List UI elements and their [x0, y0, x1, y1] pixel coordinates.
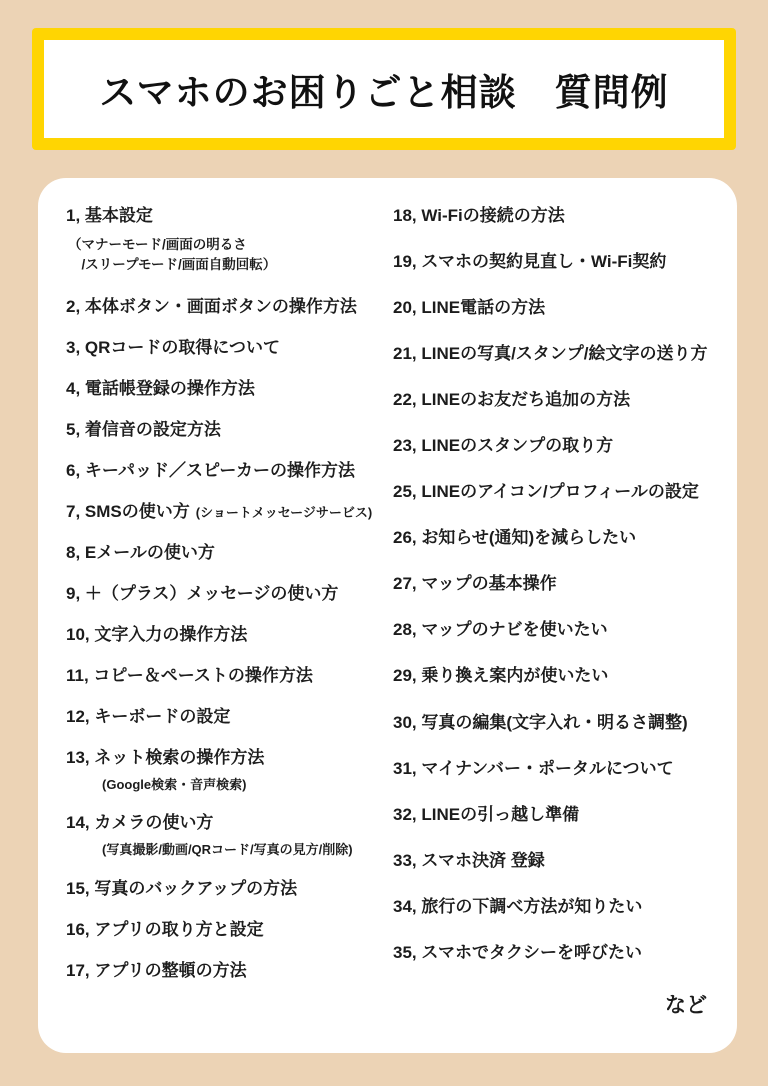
- item-suffix: (ショートメッセージサービス): [196, 505, 373, 520]
- list-item: 8, Eメールの使い方: [66, 543, 393, 563]
- list-item: 18, Wi-Fiの接続の方法: [393, 206, 711, 226]
- title-inner-frame: スマホのお困りごと相談 質問例: [44, 40, 724, 138]
- item-label: 19, スマホの契約見直し・Wi-Fi契約: [393, 252, 666, 271]
- item-label: 28, マップのナビを使いたい: [393, 620, 608, 639]
- list-item: 21, LINEの写真/スタンプ/絵文字の送り方: [393, 344, 711, 364]
- column-right: 18, Wi-Fiの接続の方法 19, スマホの契約見直し・Wi-Fi契約 20…: [393, 206, 711, 1039]
- item-subtext: (写真撮影/動画/QRコード/写真の見方/削除): [102, 842, 393, 857]
- item-subtext-line: /スリープモード/画面自動回転）: [68, 255, 393, 275]
- list-item: 20, LINE電話の方法: [393, 298, 711, 318]
- item-label: 12, キーボードの設定: [66, 707, 230, 726]
- item-label: 15, 写真のバックアップの方法: [66, 879, 297, 898]
- item-label: 29, 乗り換え案内が使いたい: [393, 666, 608, 685]
- list-item: 17, アプリの整頓の方法: [66, 961, 393, 981]
- list-item: 27, マップの基本操作: [393, 574, 711, 594]
- two-column-layout: 1, 基本設定 （マナーモード/画面の明るさ /スリープモード/画面自動回転） …: [66, 206, 711, 1039]
- content-panel: 1, 基本設定 （マナーモード/画面の明るさ /スリープモード/画面自動回転） …: [38, 178, 737, 1053]
- item-subtext: （マナーモード/画面の明るさ /スリープモード/画面自動回転）: [68, 235, 393, 276]
- list-item: 32, LINEの引っ越し準備: [393, 805, 711, 825]
- list-item: 25, LINEのアイコン/プロフィールの設定: [393, 482, 711, 502]
- list-item: 33, スマホ決済 登録: [393, 851, 711, 871]
- list-item: 5, 着信音の設定方法: [66, 420, 393, 440]
- column-left: 1, 基本設定 （マナーモード/画面の明るさ /スリープモード/画面自動回転） …: [66, 206, 393, 1039]
- etc-label: など: [393, 989, 711, 1019]
- item-label: 5, 着信音の設定方法: [66, 420, 221, 439]
- item-label: 22, LINEのお友だち追加の方法: [393, 390, 630, 409]
- item-label: 21, LINEの写真/スタンプ/絵文字の送り方: [393, 344, 708, 363]
- list-item: 31, マイナンバー・ポータルについて: [393, 759, 711, 779]
- item-label: 17, アプリの整頓の方法: [66, 961, 247, 980]
- list-item: 13, ネット検索の操作方法 (Google検索・音声検索): [66, 748, 393, 792]
- item-label: 23, LINEのスタンプの取り方: [393, 436, 613, 455]
- list-item: 3, QRコードの取得について: [66, 338, 393, 358]
- item-label: 13, ネット検索の操作方法: [66, 748, 264, 767]
- item-label: 33, スマホ決済 登録: [393, 851, 545, 870]
- list-item: 19, スマホの契約見直し・Wi-Fi契約: [393, 252, 711, 272]
- list-item: 23, LINEのスタンプの取り方: [393, 436, 711, 456]
- item-label: 7, SMSの使い方: [66, 502, 190, 521]
- item-label: 2, 本体ボタン・画面ボタンの操作方法: [66, 297, 357, 316]
- item-label: 14, カメラの使い方: [66, 813, 213, 832]
- item-label: 11, コピー＆ペーストの操作方法: [66, 666, 313, 685]
- item-label: 10, 文字入力の操作方法: [66, 625, 247, 644]
- title-box: スマホのお困りごと相談 質問例: [32, 28, 736, 150]
- item-label: 1, 基本設定: [66, 206, 153, 225]
- item-label: 3, QRコードの取得について: [66, 338, 280, 357]
- item-label: 35, スマホでタクシーを呼びたい: [393, 943, 642, 962]
- item-label: 4, 電話帳登録の操作方法: [66, 379, 255, 398]
- list-item: 10, 文字入力の操作方法: [66, 625, 393, 645]
- item-label: 32, LINEの引っ越し準備: [393, 805, 579, 824]
- list-item: 6, キーパッド／スピーカーの操作方法: [66, 461, 393, 481]
- list-item: 7, SMSの使い方(ショートメッセージサービス): [66, 502, 393, 522]
- item-label: 30, 写真の編集(文字入れ・明るさ調整): [393, 713, 688, 732]
- list-item: 2, 本体ボタン・画面ボタンの操作方法: [66, 297, 393, 317]
- list-item: 1, 基本設定 （マナーモード/画面の明るさ /スリープモード/画面自動回転）: [66, 206, 393, 276]
- list-item: 29, 乗り換え案内が使いたい: [393, 666, 711, 686]
- list-item: 14, カメラの使い方 (写真撮影/動画/QRコード/写真の見方/削除): [66, 813, 393, 857]
- list-item: 26, お知らせ(通知)を減らしたい: [393, 528, 711, 548]
- list-item: 16, アプリの取り方と設定: [66, 920, 393, 940]
- list-item: 30, 写真の編集(文字入れ・明るさ調整): [393, 713, 711, 733]
- list-item: 28, マップのナビを使いたい: [393, 620, 711, 640]
- item-label: 31, マイナンバー・ポータルについて: [393, 759, 674, 778]
- list-item: 34, 旅行の下調べ方法が知りたい: [393, 897, 711, 917]
- item-subtext-line: （マナーモード/画面の明るさ: [68, 235, 393, 255]
- list-item: 22, LINEのお友だち追加の方法: [393, 390, 711, 410]
- item-label: 16, アプリの取り方と設定: [66, 920, 264, 939]
- list-item: 9, ＋（プラス）メッセージの使い方: [66, 584, 393, 604]
- item-subtext: (Google検索・音声検索): [102, 777, 393, 792]
- item-label: 20, LINE電話の方法: [393, 298, 545, 317]
- list-item: 35, スマホでタクシーを呼びたい: [393, 943, 711, 963]
- list-item: 4, 電話帳登録の操作方法: [66, 379, 393, 399]
- item-label: 27, マップの基本操作: [393, 574, 557, 593]
- item-label: 9, ＋（プラス）メッセージの使い方: [66, 584, 338, 603]
- list-item: 12, キーボードの設定: [66, 707, 393, 727]
- list-item: 15, 写真のバックアップの方法: [66, 879, 393, 899]
- item-label: 8, Eメールの使い方: [66, 543, 215, 562]
- item-label: 25, LINEのアイコン/プロフィールの設定: [393, 482, 699, 501]
- list-item: 11, コピー＆ペーストの操作方法: [66, 666, 393, 686]
- item-label: 26, お知らせ(通知)を減らしたい: [393, 528, 636, 547]
- item-label: 6, キーパッド／スピーカーの操作方法: [66, 461, 355, 480]
- item-label: 34, 旅行の下調べ方法が知りたい: [393, 897, 642, 916]
- page-title: スマホのお困りごと相談 質問例: [99, 62, 668, 116]
- item-label: 18, Wi-Fiの接続の方法: [393, 206, 565, 225]
